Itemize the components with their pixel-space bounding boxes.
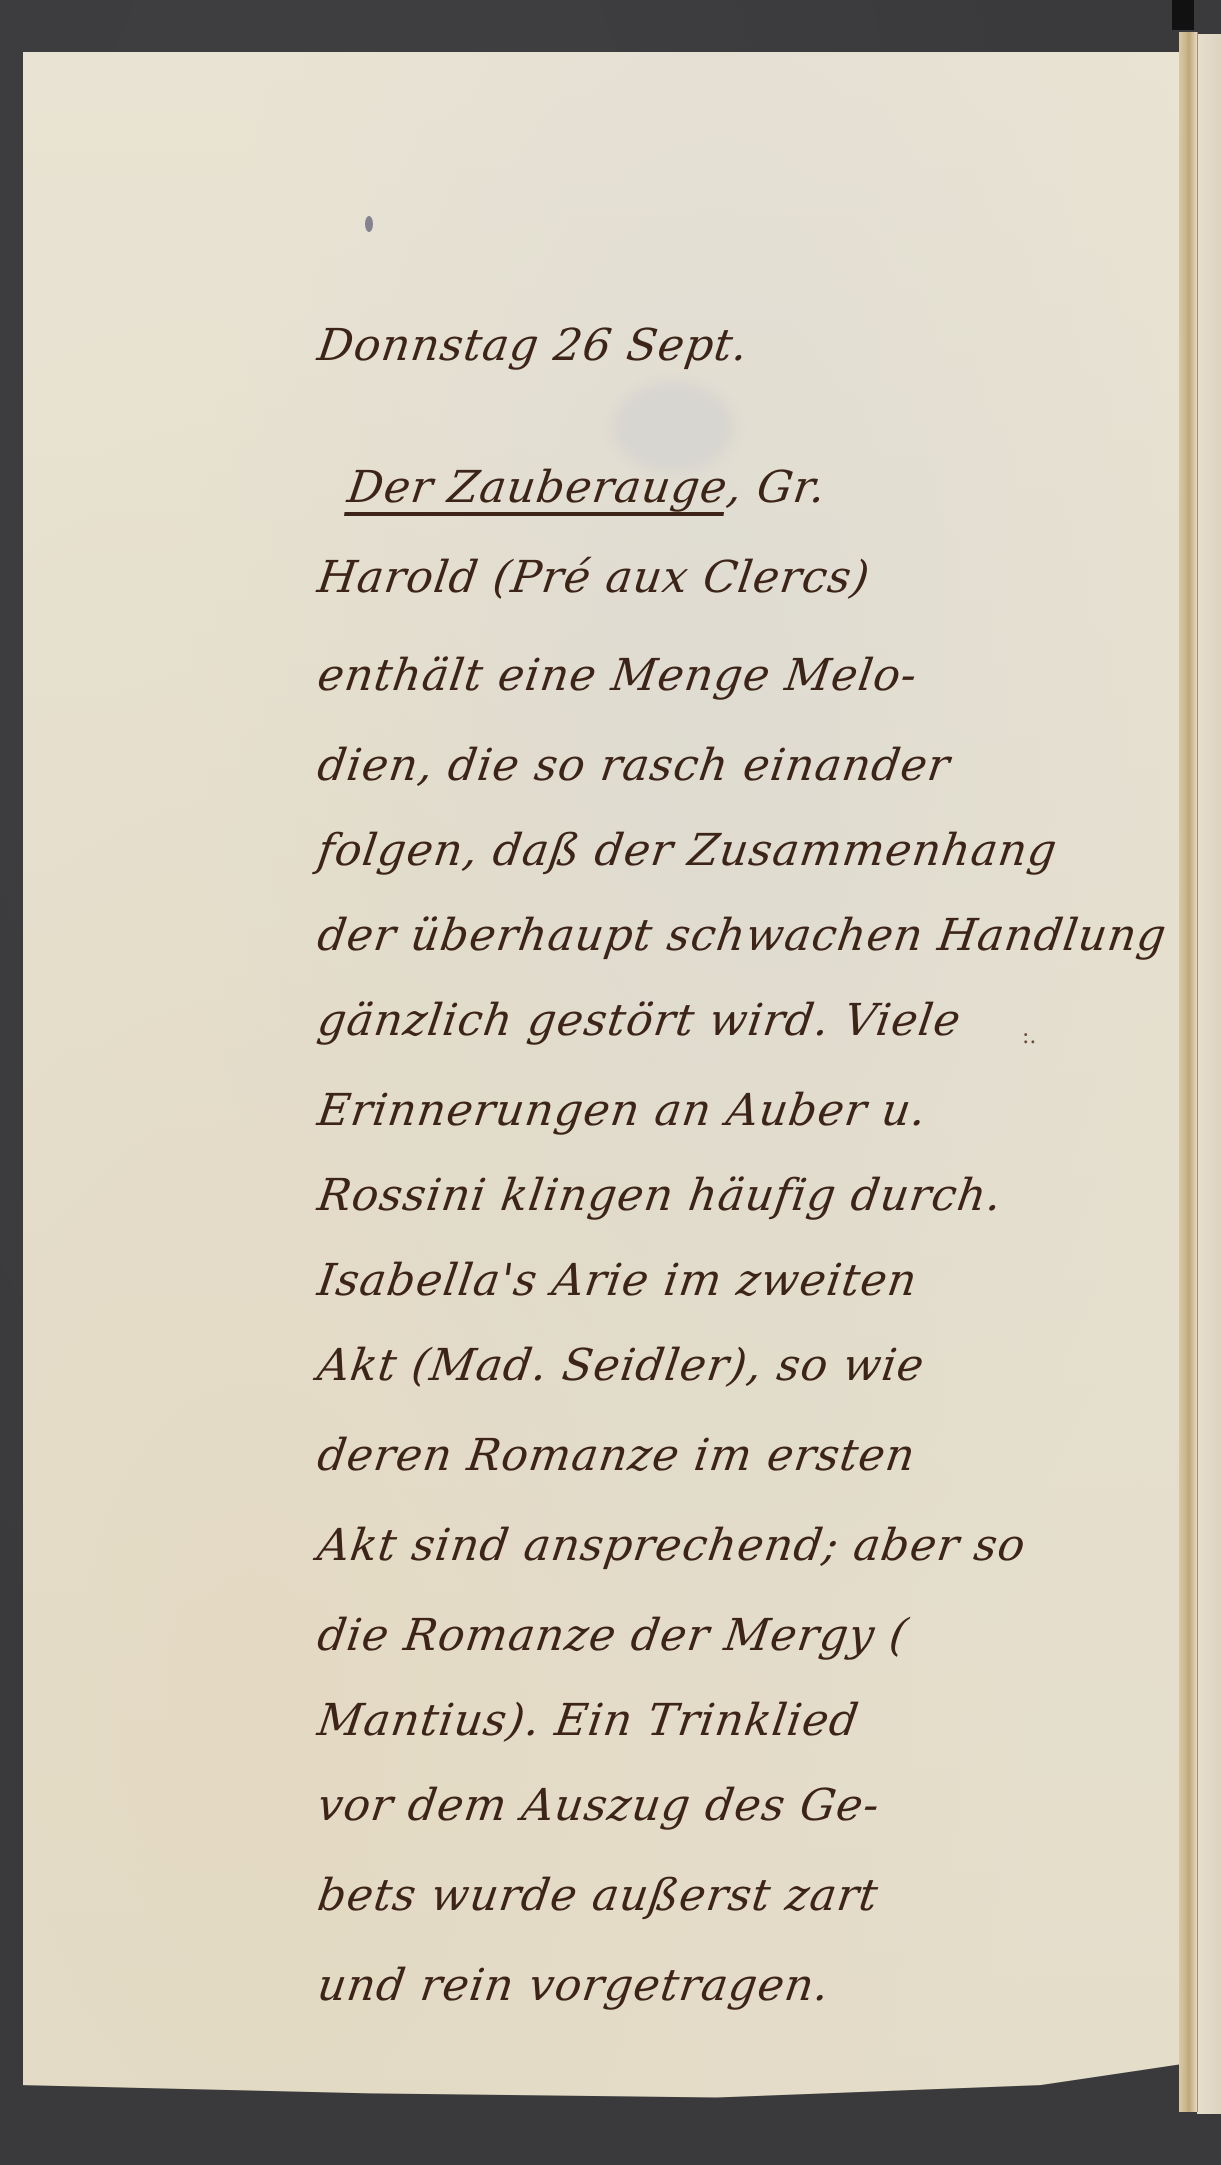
ink-blot	[365, 216, 373, 232]
underlined-title: Der Zauberauge	[344, 462, 731, 513]
text-line-6: der überhaupt schwachen Handlung	[314, 910, 1170, 961]
date-heading: Donnstag 26 Sept.	[314, 320, 751, 371]
facing-page-edge	[1197, 34, 1221, 2114]
book-spine-edge	[1179, 32, 1198, 2112]
text-line-2: Harold (Pré aux Clercs)	[314, 552, 873, 603]
margin-marks: :.	[1022, 1028, 1036, 1046]
text-line-15: Mantius). Ein Trinklied	[314, 1695, 862, 1746]
text-line-1: Der Zauberauge, Gr.	[344, 462, 829, 513]
text-line-5: folgen, daß der Zusammenhang	[314, 825, 1060, 876]
line-1-rest: , Gr.	[724, 462, 829, 513]
text-line-18: und rein vorgetragen.	[314, 1960, 833, 2011]
text-line-8: Erinnerungen an Auber u.	[314, 1085, 930, 1136]
paper-stain	[613, 382, 733, 472]
text-line-17: bets wurde außerst zart	[314, 1870, 881, 1921]
text-line-3: enthält eine Menge Melo-	[314, 650, 920, 701]
text-line-16: vor dem Auszug des Ge-	[314, 1780, 883, 1831]
text-line-13: Akt sind ansprechend; aber so	[314, 1520, 1029, 1571]
text-line-7: gänzlich gestört wird. Viele	[314, 995, 964, 1046]
text-line-10: Isabella's Arie im zweiten	[314, 1255, 920, 1306]
text-line-11: Akt (Mad. Seidler), so wie	[314, 1340, 927, 1391]
text-line-9: Rossini klingen häufig durch.	[314, 1170, 1005, 1221]
text-line-12: deren Romanze im ersten	[314, 1430, 918, 1481]
text-line-4: dien, die so rasch einander	[314, 740, 953, 791]
text-line-14: die Romanze der Mergy (	[314, 1610, 911, 1661]
binding-shadow	[1172, 0, 1194, 30]
